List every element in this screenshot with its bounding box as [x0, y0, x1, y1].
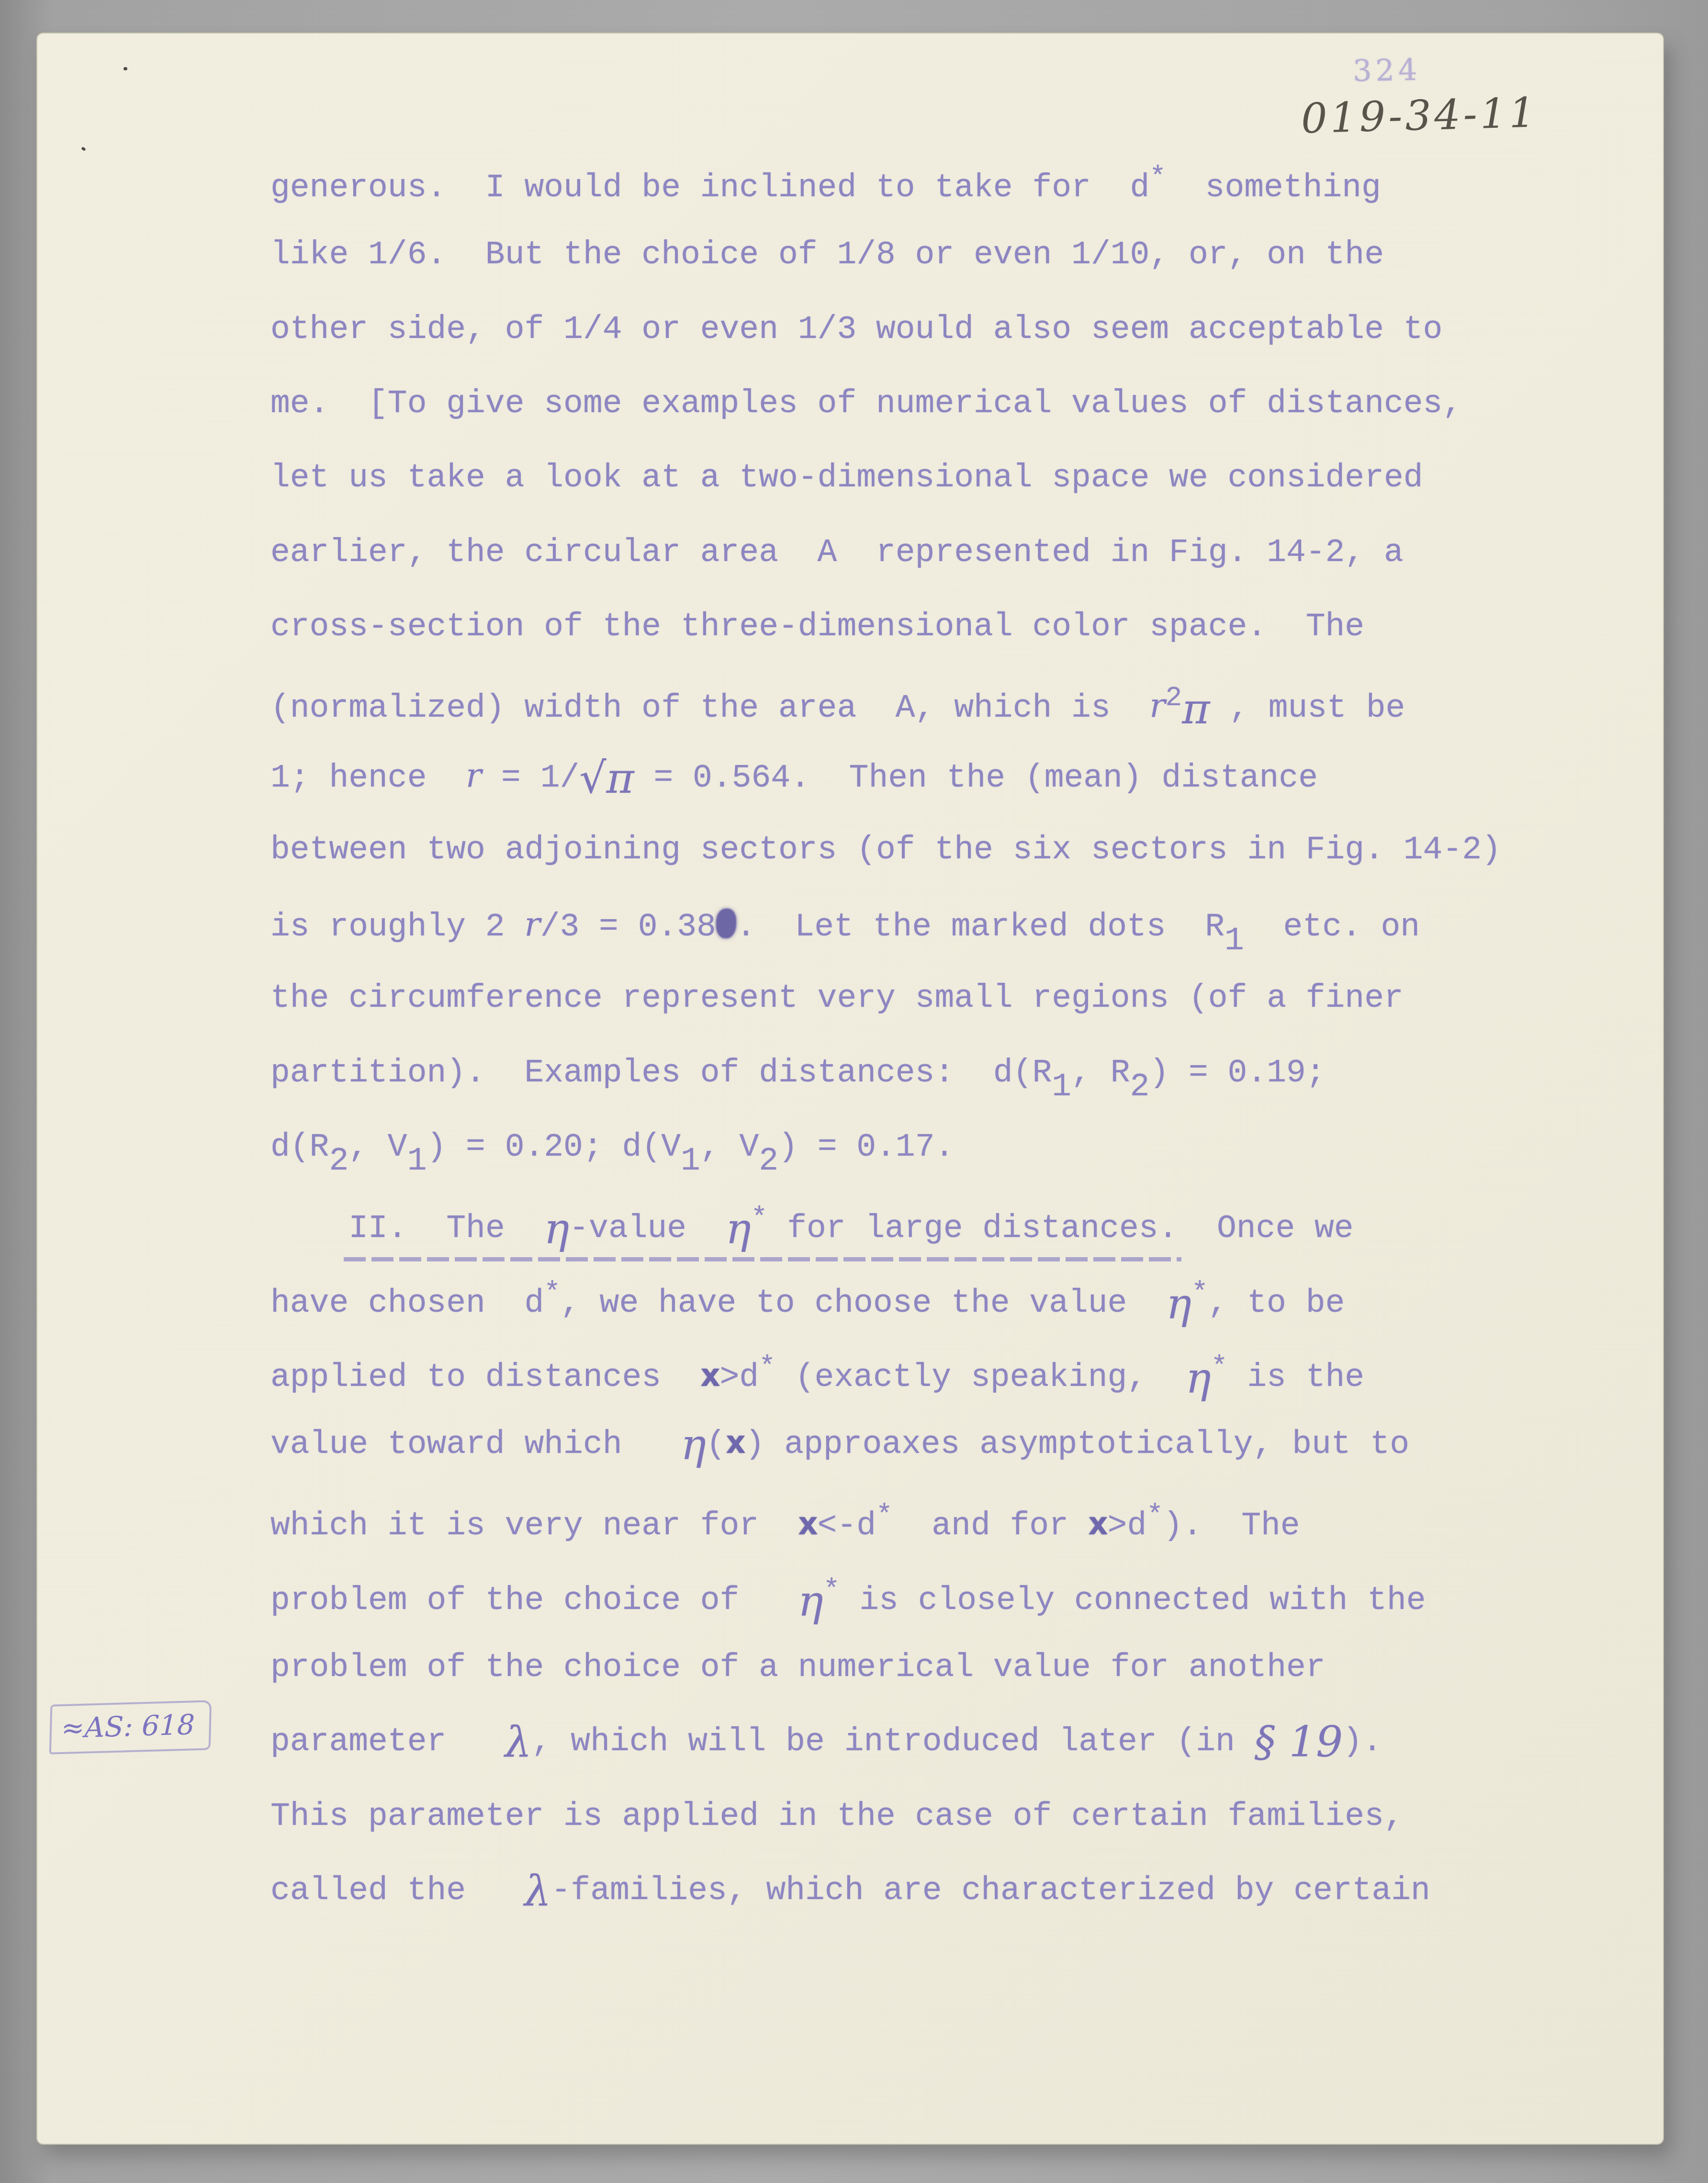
typed-text: , which will be introduced later (in [532, 1723, 1255, 1760]
paper-speck [124, 67, 127, 70]
typed-line-2: like 1/6. But the choice of 1/8 or even … [270, 238, 1384, 275]
typed-text: etc. on [1244, 909, 1420, 945]
subscript: 1 [407, 1142, 427, 1179]
subscript: 2 [759, 1142, 778, 1179]
typed-text: something [1166, 169, 1381, 206]
typed-text: between two adjoining sectors (of the si… [270, 832, 1501, 868]
typed-line-10: between two adjoining sectors (of the si… [270, 833, 1501, 870]
handwritten-symbol: λ [505, 1718, 532, 1767]
superscript: 2 [1165, 683, 1182, 714]
superscript: * [751, 1203, 768, 1234]
overstruck-x: x [700, 1359, 720, 1396]
typed-text: ) = 0.20; d(V [427, 1129, 681, 1166]
superscript: * [544, 1278, 561, 1309]
typed-text: ). The [1163, 1508, 1300, 1545]
subscript: 1 [681, 1142, 700, 1179]
superscript: * [1191, 1278, 1208, 1309]
typed-text: problem of the choice of [270, 1582, 798, 1619]
typed-text: let us take a look at a two-dimensional … [270, 460, 1423, 496]
handwritten-file-code: 019-34-11 [1301, 89, 1539, 143]
typed-text: -families, which are characterized by ce… [551, 1872, 1430, 1909]
typed-line-1: generous. I would be inclined to take fo… [270, 164, 1381, 201]
superscript: * [823, 1575, 840, 1606]
typed-text: which it is very near for [270, 1508, 798, 1545]
handwritten-symbol: λ [525, 1866, 551, 1915]
typed-text: (normalized) width of the area A, which … [270, 690, 1149, 727]
subscript: 1 [1225, 923, 1244, 959]
subscript: 2 [1130, 1068, 1150, 1105]
typed-text: Once we [1178, 1210, 1353, 1247]
handwritten-r: r [1149, 686, 1165, 725]
typed-text: (exactly speaking, [775, 1359, 1186, 1396]
manuscript-page: 324 019-34-11 ≈AS: 618 generous. I would… [37, 34, 1663, 2144]
typed-text: /3 = 0.38 [540, 909, 716, 945]
typed-line-18: value toward which η(x) approaxes asympt… [270, 1428, 1409, 1465]
typed-text: , must be [1210, 690, 1405, 727]
typed-text: , V [348, 1129, 407, 1166]
typed-text: ) = 0.17. [778, 1129, 954, 1166]
typed-text: other side, of 1/4 or even 1/3 would als… [270, 311, 1442, 348]
typed-text: partition). Examples of distances: d(R [270, 1055, 1052, 1091]
handwritten-symbol: √π [579, 754, 634, 803]
typed-line-23: This parameter is applied in the case of… [270, 1800, 1404, 1837]
typed-text: 1; hence [270, 760, 466, 797]
typed-text [270, 1210, 348, 1247]
typed-line-9: 1; hence r = 1/√π = 0.564. Then the (mea… [270, 758, 1318, 796]
typed-text: called the [270, 1872, 525, 1909]
typed-line-6: earlier, the circular area A represented… [270, 536, 1404, 573]
typed-text: is closely connected with the [840, 1582, 1426, 1619]
superscript: * [1149, 162, 1166, 193]
typed-line-8: (normalized) width of the area A, which … [270, 684, 1405, 721]
handwritten-symbol: § 19 [1255, 1718, 1343, 1767]
typed-line-12: the circumference represent very small r… [270, 981, 1404, 1019]
typed-line-24: called the λ-families, which are charact… [270, 1874, 1430, 1911]
typed-line-5: let us take a look at a two-dimensional … [270, 461, 1423, 498]
typed-text: . Let the marked dots R [736, 909, 1225, 945]
typed-line-19: which it is very near for x<-d* and for … [270, 1502, 1300, 1539]
typed-text: , R [1071, 1055, 1130, 1091]
typed-line-13: partition). Examples of distances: d(R1,… [270, 1056, 1326, 1093]
typed-text: me. [To give some examples of numerical … [270, 385, 1462, 422]
typed-text: for large distances. [767, 1210, 1178, 1247]
margin-annotation-box: ≈AS: 618 [49, 1700, 212, 1755]
typed-text: earlier, the circular area A represented… [270, 534, 1404, 571]
typed-text: generous. I would be inclined to take fo… [270, 169, 1149, 206]
typed-text: , we have to choose the value [561, 1285, 1166, 1322]
typed-text: value toward which [270, 1426, 681, 1463]
typed-line-17: applied to distances x>d* (exactly speak… [270, 1353, 1364, 1391]
typed-text: ). [1343, 1723, 1382, 1760]
typed-text: ) = 0.19; [1149, 1055, 1325, 1091]
typed-line-7: cross-section of the three-dimensional c… [270, 610, 1364, 647]
typed-line-14: d(R2, V1) = 0.20; d(V1, V2) = 0.17. [270, 1130, 954, 1168]
typed-text: ) approaxes asymptotically, but to [745, 1426, 1409, 1463]
subscript: 1 [1052, 1068, 1071, 1105]
typed-text: is the [1227, 1359, 1364, 1396]
superscript: * [876, 1500, 893, 1531]
typed-text: cross-section of the three-dimensional c… [270, 608, 1364, 645]
typed-text: = 0.564. Then the (mean) distance [634, 760, 1318, 797]
typed-line-11: is roughly 2 r/3 = 0.38. Let the marked … [270, 907, 1420, 945]
ink-blot [716, 909, 736, 938]
handwritten-symbol: η [798, 1576, 823, 1625]
typed-text: is roughly 2 [270, 909, 525, 945]
typed-line-21: problem of the choice of a numerical val… [270, 1651, 1326, 1688]
superscript: * [1211, 1352, 1228, 1383]
typed-text: like 1/6. But the choice of 1/8 or even … [270, 236, 1384, 273]
typed-text: and for [893, 1508, 1088, 1545]
handwritten-symbol: π [1182, 684, 1210, 733]
handwritten-symbol: η [1166, 1279, 1191, 1328]
paper-speck [81, 146, 86, 151]
overstruck-x: x [798, 1508, 818, 1545]
typed-line-3: other side, of 1/4 or even 1/3 would als… [270, 313, 1442, 350]
typed-line-22: parameter λ, which will be introduced la… [270, 1725, 1382, 1762]
typed-text: applied to distances [270, 1359, 700, 1396]
subscript: 2 [329, 1142, 348, 1179]
handwritten-symbol: η [726, 1204, 751, 1254]
typed-text: parameter [270, 1723, 505, 1760]
typed-text: , to be [1208, 1285, 1345, 1322]
scanned-typescript-photo: { "meta": { "stamp_number": "324", "file… [0, 0, 1708, 2183]
typed-text: problem of the choice of a numerical val… [270, 1649, 1326, 1686]
handwritten-symbol: η [1186, 1353, 1211, 1402]
typed-text: have chosen d [270, 1285, 544, 1322]
typed-text: <-d [818, 1508, 876, 1545]
typed-text: = 1/ [482, 760, 579, 797]
typed-text: ( [706, 1426, 726, 1463]
typed-text: the circumference represent very small r… [270, 980, 1404, 1017]
handwritten-r: r [466, 756, 482, 795]
page-number-stamp: 324 [1352, 52, 1421, 88]
typed-text: d(R [270, 1129, 329, 1166]
overstruck-x: x [726, 1426, 745, 1463]
typed-text: -value [569, 1210, 725, 1247]
typed-line-20: problem of the choice of η* is closely c… [270, 1576, 1426, 1614]
handwritten-symbol: η [544, 1204, 569, 1254]
handwritten-symbol: η [681, 1420, 706, 1469]
typed-text: This parameter is applied in the case of… [270, 1798, 1404, 1835]
section-heading-line: II. The η-value η* for large distances. … [270, 1204, 1354, 1242]
handwritten-r: r [525, 905, 540, 944]
typed-text: , V [700, 1129, 759, 1166]
typed-line-4: me. [To give some examples of numerical … [270, 387, 1462, 424]
overstruck-x: x [1088, 1508, 1108, 1545]
typed-line-16: have chosen d*, we have to choose the va… [270, 1279, 1345, 1317]
typed-text: II. The [348, 1210, 544, 1247]
typed-text: >d [1108, 1508, 1147, 1545]
superscript: * [759, 1352, 775, 1383]
superscript: * [1146, 1500, 1163, 1531]
typed-text: >d [720, 1359, 759, 1396]
underlined-heading-group: II. The η-value η* for large distances. [348, 1210, 1178, 1247]
